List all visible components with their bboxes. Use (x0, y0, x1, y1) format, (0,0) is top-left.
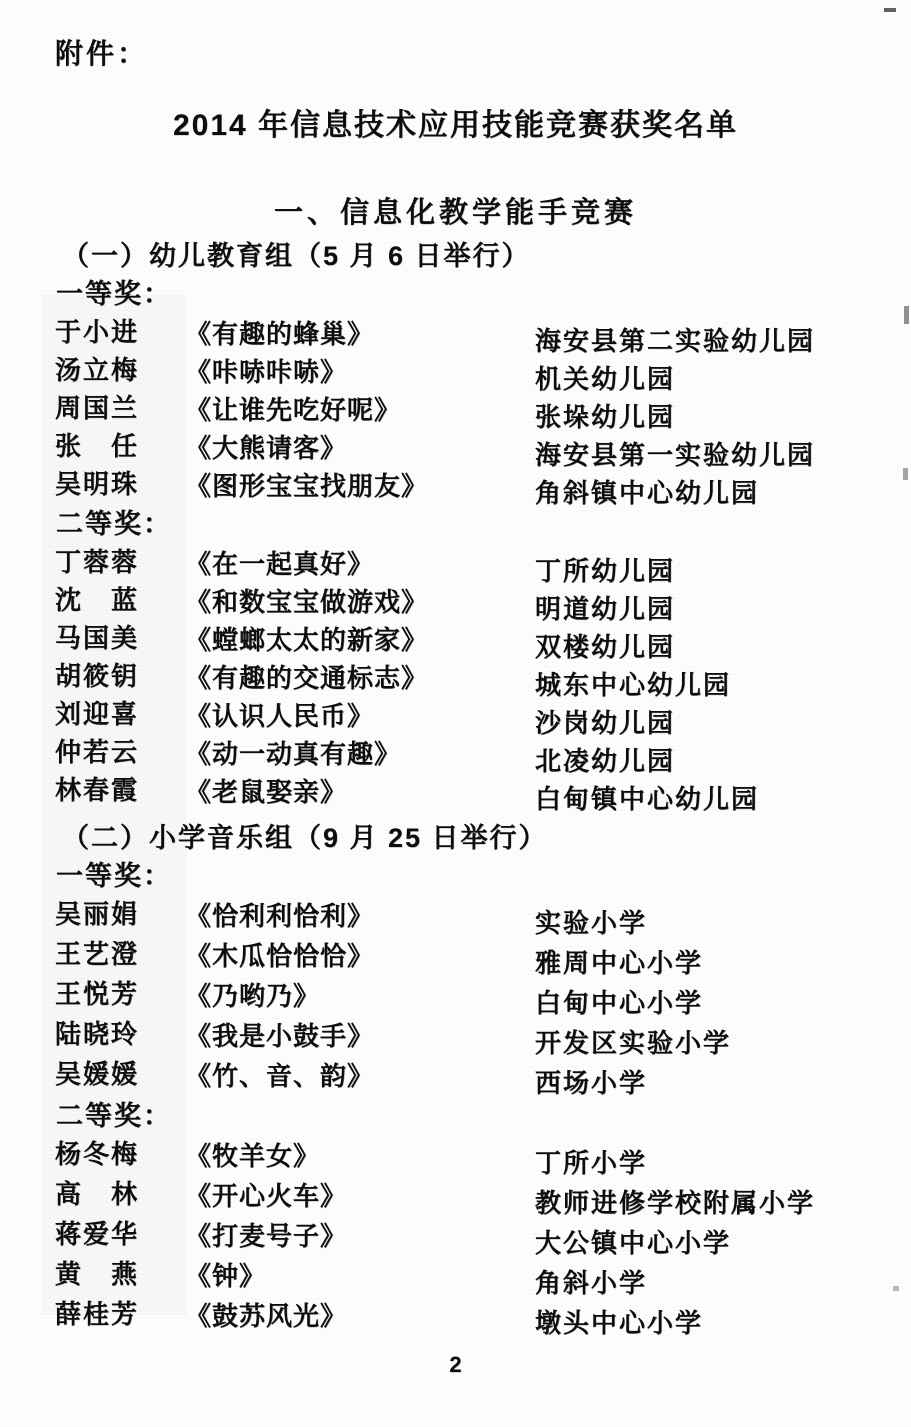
work-title: 《木瓜恰恰恰》 (185, 936, 535, 976)
school-name: 教师进修学校附属小学 (535, 1183, 815, 1223)
winner-name: 张 任 (55, 426, 185, 464)
school-name: 墩头中心小学 (535, 1303, 703, 1343)
work-title: 《鼓苏风光》 (185, 1296, 535, 1336)
table-row: 丁蓉蓉《在一起真好》丁所幼儿园 (0, 542, 911, 580)
work-title: 《大熊请客》 (185, 428, 535, 466)
table-row: 周国兰《让谁先吃好呢》张垛幼儿园 (0, 388, 911, 426)
winner-name: 仲若云 (55, 732, 185, 770)
section: 一、信息化教学能手竞赛（一）幼儿教育组（5 月 6 日举行）一等奖：于小进《有趣… (0, 190, 911, 1334)
table-row: 王悦芳《乃哟乃》白甸中心小学 (0, 974, 911, 1014)
winner-name: 蒋爱华 (55, 1214, 185, 1254)
work-title: 《老鼠娶亲》 (185, 772, 535, 810)
scan-artifact (884, 8, 896, 12)
winner-name: 马国美 (55, 618, 185, 656)
table-row: 高 林《开心火车》教师进修学校附属小学 (0, 1174, 911, 1214)
scan-artifact (904, 306, 909, 324)
winner-name: 吴丽娟 (55, 894, 185, 934)
work-title: 《开心火车》 (185, 1176, 535, 1216)
work-title: 《让谁先吃好呢》 (185, 390, 535, 428)
school-name: 雅周中心小学 (535, 943, 703, 983)
document-title: 2014 年信息技术应用技能竞赛获奖名单 (0, 100, 911, 144)
scan-artifact (893, 1286, 899, 1291)
work-title: 《螳螂太太的新家》 (185, 620, 535, 658)
work-title: 《动一动真有趣》 (185, 734, 535, 772)
work-title: 《牧羊女》 (185, 1136, 535, 1176)
table-row: 胡筱钥《有趣的交通标志》城东中心幼儿园 (0, 656, 911, 694)
school-name: 机关幼儿园 (535, 359, 675, 397)
winner-name: 汤立梅 (55, 350, 185, 388)
school-name: 开发区实验小学 (535, 1023, 731, 1063)
winner-name: 于小进 (55, 312, 185, 350)
work-title: 《咔哧咔哧》 (185, 352, 535, 390)
school-name: 丁所幼儿园 (535, 551, 675, 589)
work-title: 《我是小鼓手》 (185, 1016, 535, 1056)
work-title: 《认识人民币》 (185, 696, 535, 734)
winner-name: 杨冬梅 (55, 1134, 185, 1174)
award-level-label: 一等奖： (56, 272, 911, 312)
winner-name: 丁蓉蓉 (55, 542, 185, 580)
attachment-label: 附件： (55, 32, 148, 72)
school-name: 海安县第一实验幼儿园 (535, 435, 815, 473)
school-name: 沙岗幼儿园 (535, 703, 675, 741)
school-name: 明道幼儿园 (535, 589, 675, 627)
table-row: 吴丽娟《恰利利恰利》实验小学 (0, 894, 911, 934)
school-name: 白甸中心小学 (535, 983, 703, 1023)
table-row: 张 任《大熊请客》海安县第一实验幼儿园 (0, 426, 911, 464)
award-list: 一、信息化教学能手竞赛（一）幼儿教育组（5 月 6 日举行）一等奖：于小进《有趣… (0, 190, 911, 1334)
award-level-label: 一等奖： (56, 854, 911, 894)
school-name: 大公镇中心小学 (535, 1223, 731, 1263)
page-number: 2 (0, 1352, 911, 1378)
table-row: 杨冬梅《牧羊女》丁所小学 (0, 1134, 911, 1174)
work-title: 《有趣的交通标志》 (185, 658, 535, 696)
scan-artifact (903, 468, 908, 480)
school-name: 丁所小学 (535, 1143, 647, 1183)
group-heading: （二）小学音乐组（9 月 25 日举行） (62, 816, 911, 854)
table-row: 薛桂芳《鼓苏风光》墩头中心小学 (0, 1294, 911, 1334)
group-heading: （一）幼儿教育组（5 月 6 日举行） (62, 234, 911, 272)
winner-name: 高 林 (55, 1174, 185, 1214)
work-title: 《钟》 (185, 1256, 535, 1296)
school-name: 海安县第二实验幼儿园 (535, 321, 815, 359)
table-row: 于小进《有趣的蜂巢》海安县第二实验幼儿园 (0, 312, 911, 350)
winner-name: 林春霞 (55, 770, 185, 808)
winner-name: 王艺澄 (55, 934, 185, 974)
winner-name: 薛桂芳 (55, 1294, 185, 1334)
winner-name: 王悦芳 (55, 974, 185, 1014)
table-row: 黄 燕《钟》角斜小学 (0, 1254, 911, 1294)
winner-name: 刘迎喜 (55, 694, 185, 732)
winner-name: 胡筱钥 (55, 656, 185, 694)
winner-name: 沈 蓝 (55, 580, 185, 618)
document-page: 附件： 2014 年信息技术应用技能竞赛获奖名单 一、信息化教学能手竞赛（一）幼… (0, 0, 911, 1427)
school-name: 角斜镇中心幼儿园 (535, 473, 759, 511)
work-title: 《和数宝宝做游戏》 (185, 582, 535, 620)
table-row: 陆晓玲《我是小鼓手》开发区实验小学 (0, 1014, 911, 1054)
table-row: 仲若云《动一动真有趣》北凌幼儿园 (0, 732, 911, 770)
table-row: 刘迎喜《认识人民币》沙岗幼儿园 (0, 694, 911, 732)
work-title: 《在一起真好》 (185, 544, 535, 582)
award-level-label: 二等奖： (56, 502, 911, 542)
winner-name: 陆晓玲 (55, 1014, 185, 1054)
work-title: 《恰利利恰利》 (185, 896, 535, 936)
section-heading: 一、信息化教学能手竞赛 (0, 190, 911, 234)
winner-name: 吴媛媛 (55, 1054, 185, 1094)
school-name: 张垛幼儿园 (535, 397, 675, 435)
work-title: 《有趣的蜂巢》 (185, 314, 535, 352)
table-row: 吴媛媛《竹、音、韵》西场小学 (0, 1054, 911, 1094)
table-row: 沈 蓝《和数宝宝做游戏》明道幼儿园 (0, 580, 911, 618)
group: （二）小学音乐组（9 月 25 日举行）一等奖：吴丽娟《恰利利恰利》实验小学王艺… (0, 816, 911, 1334)
table-row: 林春霞《老鼠娶亲》白甸镇中心幼儿园 (0, 770, 911, 808)
school-name: 角斜小学 (535, 1263, 647, 1303)
table-row: 王艺澄《木瓜恰恰恰》雅周中心小学 (0, 934, 911, 974)
school-name: 白甸镇中心幼儿园 (535, 779, 759, 817)
work-title: 《竹、音、韵》 (185, 1056, 535, 1096)
winner-name: 吴明珠 (55, 464, 185, 502)
school-name: 实验小学 (535, 903, 647, 943)
school-name: 西场小学 (535, 1063, 647, 1103)
award-level-label: 二等奖： (56, 1094, 911, 1134)
school-name: 双楼幼儿园 (535, 627, 675, 665)
work-title: 《图形宝宝找朋友》 (185, 466, 535, 504)
winner-name: 周国兰 (55, 388, 185, 426)
winner-name: 黄 燕 (55, 1254, 185, 1294)
school-name: 北凌幼儿园 (535, 741, 675, 779)
work-title: 《乃哟乃》 (185, 976, 535, 1016)
table-row: 马国美《螳螂太太的新家》双楼幼儿园 (0, 618, 911, 656)
group: （一）幼儿教育组（5 月 6 日举行）一等奖：于小进《有趣的蜂巢》海安县第二实验… (0, 234, 911, 808)
work-title: 《打麦号子》 (185, 1216, 535, 1256)
school-name: 城东中心幼儿园 (535, 665, 731, 703)
